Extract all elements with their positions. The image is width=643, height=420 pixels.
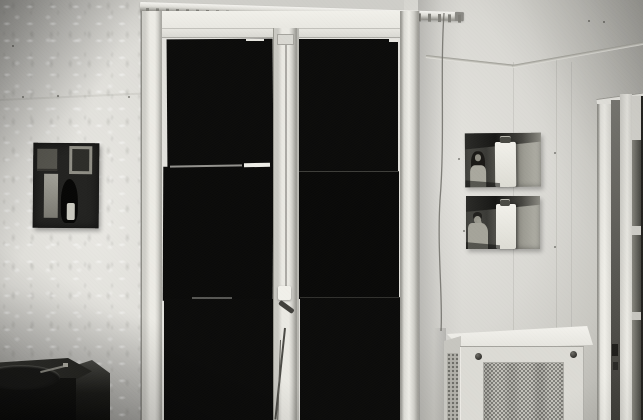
record-player (0, 356, 110, 420)
blackout-sheet (300, 297, 400, 420)
artwork-woman-face (475, 154, 481, 161)
blackout-sheet (167, 39, 274, 171)
side-door-stile (620, 94, 632, 420)
artwork-highlight (66, 203, 74, 221)
torn-edge-glint (244, 163, 270, 168)
door-right-jamb (400, 11, 419, 420)
artwork-refrigerator (495, 142, 516, 188)
french-doors (141, 11, 419, 420)
radiator-knob-left (475, 353, 482, 360)
side-door-opening-gap (611, 100, 620, 420)
stile-top-cap (277, 34, 294, 45)
artwork-inner-frame (69, 146, 93, 173)
blackout-sheet (299, 171, 399, 299)
torn-edge-glint (246, 39, 264, 41)
right-wall-artwork-top (465, 133, 541, 188)
artwork-inner-door (43, 173, 58, 217)
artwork-fridge-top-object (500, 136, 511, 143)
right-wall-artwork-bottom (466, 196, 540, 249)
torn-edge-glint (192, 297, 232, 299)
artwork-refrigerator (496, 204, 516, 249)
door-left-jamb (141, 11, 162, 420)
radiator-side-grille (447, 353, 458, 420)
sheet-seam (300, 297, 400, 298)
photograph (0, 0, 643, 420)
door-handle (278, 300, 295, 314)
blackout-sheet (299, 39, 398, 173)
handle-plate (278, 286, 291, 300)
door-right-leaf (299, 38, 400, 420)
door-hinge (613, 362, 618, 370)
blackout-sheet (164, 299, 273, 420)
door-centre-stile (273, 28, 299, 420)
radiator-grille (483, 362, 564, 420)
radiator-cover-front (460, 346, 584, 420)
door-hinge (612, 344, 618, 356)
tonearm-head (63, 363, 68, 367)
artwork-inner-frame (37, 149, 57, 171)
left-wall-artwork (33, 143, 100, 229)
torn-edge-glint (389, 39, 398, 42)
sheet-seam (299, 171, 399, 172)
side-door-casing (597, 104, 611, 420)
radiator-cover-side (444, 336, 461, 420)
espagnolette-rod (285, 36, 287, 294)
door-left-leaf (162, 38, 273, 420)
blackout-sheet (163, 167, 274, 301)
radiator-knob-right (570, 351, 577, 358)
artwork-fridge-top-object (500, 199, 510, 206)
